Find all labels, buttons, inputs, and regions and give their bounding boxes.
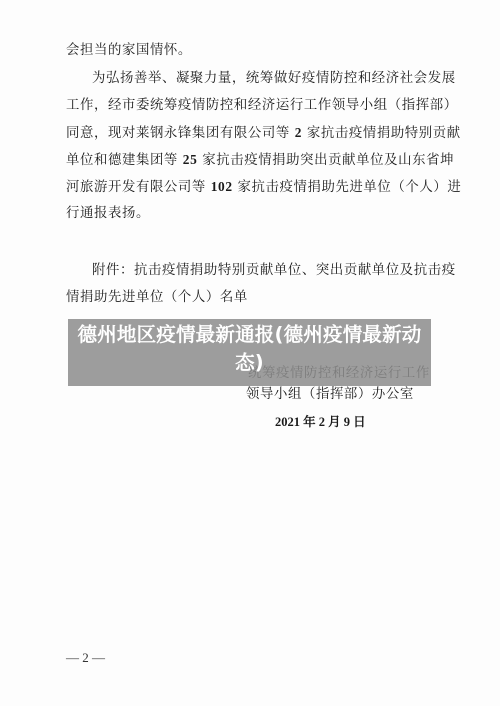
text-segment: 家抗击疫情捐助特别贡献: [302, 126, 461, 141]
paragraph-line: 河旅游开发有限公司等 102 家抗击疫情捐助先进单位（个人）进: [66, 178, 461, 197]
count-number: 25: [183, 152, 198, 167]
signature-date: 2021 年 2 月 9 日: [275, 412, 366, 430]
attachment-line: 情捐助先进单位（个人）名单: [66, 289, 248, 307]
text-segment: 家抗击疫情捐助先进单位（个人）进: [233, 180, 462, 195]
text-segment: 家抗击疫情捐助突出贡献单位及山东省坤: [197, 153, 454, 168]
paragraph-line: 会担当的家国情怀。: [66, 42, 192, 60]
banner-title: 德州地区疫情最新通报(德州疫情最新动态): [68, 321, 431, 377]
paragraph-line: 行通报表扬。: [66, 205, 150, 223]
paragraph-line: 为弘扬善举、凝聚力量，统筹做好疫情防控和经济社会发展: [92, 70, 456, 88]
count-number: 2: [295, 125, 302, 140]
count-number: 102: [211, 179, 233, 194]
attachment-line: 附件：抗击疫情捐助特别贡献单位、突出贡献单位及抗击疫: [92, 262, 456, 280]
text-segment: 单位和德建集团等: [66, 153, 183, 168]
text-segment: 河旅游开发有限公司等: [66, 180, 211, 195]
document-page: 会担当的家国情怀。 为弘扬善举、凝聚力量，统筹做好疫情防控和经济社会发展 工作，…: [0, 0, 500, 706]
text-segment: 同意，现对莱钢永锋集团有限公司等: [66, 126, 295, 141]
paragraph-line: 工作，经市委统筹疫情防控和经济运行工作领导小组（指挥部）: [66, 97, 458, 115]
paragraph-line: 单位和德建集团等 25 家抗击疫情捐助突出贡献单位及山东省坤: [66, 151, 454, 170]
signature-line-2: 领导小组（指挥部）办公室: [246, 386, 414, 404]
page-number: — 2 —: [66, 650, 105, 666]
paragraph-line: 同意，现对莱钢永锋集团有限公司等 2 家抗击疫情捐助特别贡献: [66, 124, 461, 143]
